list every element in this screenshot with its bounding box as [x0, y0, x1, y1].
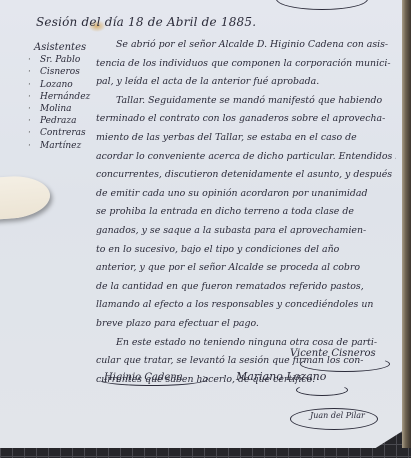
minutes-body: Se abrió por el señor Alcalde D. Higinio…: [96, 36, 396, 389]
body-line: breve plazo para efectuar el pago.: [96, 315, 396, 334]
attendee-name: Lozano: [40, 79, 92, 91]
manuscript-page: Sesión del día 18 de Abril de 1885. Asis…: [0, 0, 404, 448]
attendees-margin-list: Asistentes Sr. Pablo Cisneros Lozano Her…: [22, 42, 92, 152]
signature-flourish: [96, 372, 208, 386]
attendee-name: Hernández: [40, 91, 92, 103]
signature-flourish: [290, 408, 378, 430]
body-line: to en lo sucesivo, bajo el tipo y condic…: [96, 241, 396, 260]
attendee-name: Sr. Pablo: [40, 54, 92, 66]
attendee-name: Cisneros: [40, 66, 92, 78]
book-binding-edge: [402, 0, 411, 448]
attendee-name: Martínez: [40, 140, 92, 152]
body-line: de emitir cada uno su opinión acordaron …: [96, 185, 396, 204]
body-line: ganados, y se saque a la subasta para el…: [96, 222, 396, 241]
signature-flourish: [296, 384, 348, 396]
body-line: se prohiba la entrada en dicho terreno a…: [96, 203, 396, 222]
body-line: Se abrió por el señor Alcalde D. Higinio…: [96, 36, 396, 55]
body-line: Tallar. Seguidamente se mandó manifestó …: [96, 92, 396, 111]
session-title: Sesión del día 18 de Abril de 1885.: [36, 15, 256, 29]
body-line: terminado el contrato con los ganaderos …: [96, 110, 396, 129]
signature-flourish-top: [276, 0, 368, 10]
body-line: pal, y leída el acta de la anterior fué …: [96, 73, 396, 92]
body-line: concurrentes, discutieron detenidamente …: [96, 166, 396, 185]
attendee-name: Contreras: [40, 127, 92, 139]
attendees-heading: Asistentes: [34, 42, 92, 54]
attendee-name: Pedraza: [40, 115, 92, 127]
attendee-name: Molina: [40, 103, 92, 115]
body-line: miento de las yerbas del Tallar, se esta…: [96, 129, 396, 148]
signature-concejal-2: Mariano Lozano: [236, 370, 326, 383]
body-line: anterior, y que por el señor Alcalde se …: [96, 259, 396, 278]
body-line: acordar lo conveniente acerca de dicho p…: [96, 148, 396, 167]
body-line: tencia de los individuos que componen la…: [96, 55, 396, 74]
body-line: de la cantidad en que fueron rematados r…: [96, 278, 396, 297]
body-line: llamando al efecto a los responsables y …: [96, 296, 396, 315]
